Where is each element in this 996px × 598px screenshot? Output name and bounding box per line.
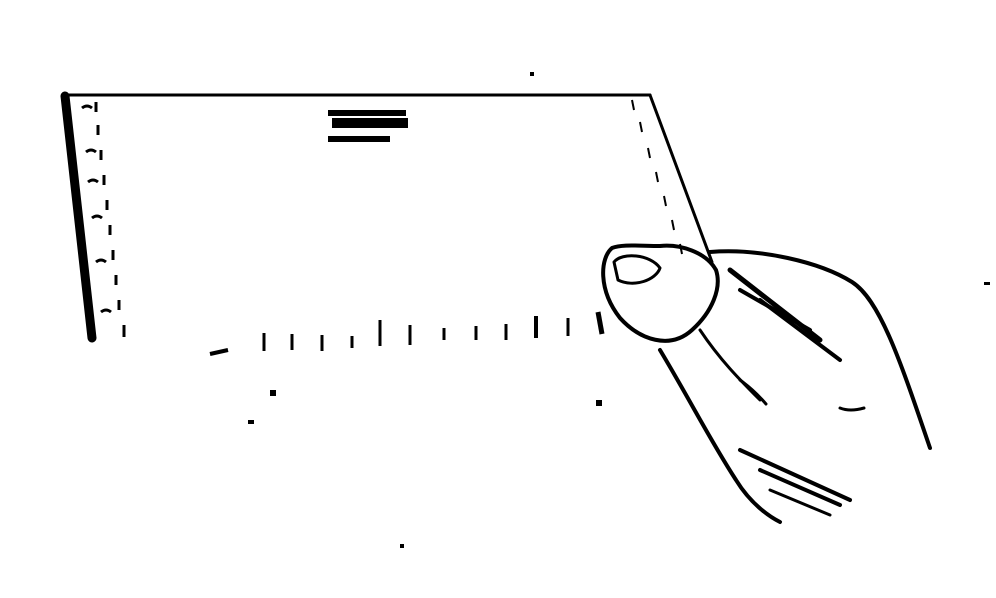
- illegible-label: [328, 110, 408, 142]
- stray-marks: [248, 72, 990, 548]
- bottom-edge-ticks: [210, 312, 602, 354]
- card: [64, 95, 712, 338]
- hand: [603, 246, 930, 523]
- hand-holding-card-illustration: [0, 0, 996, 598]
- right-edge-ticks: [632, 100, 682, 254]
